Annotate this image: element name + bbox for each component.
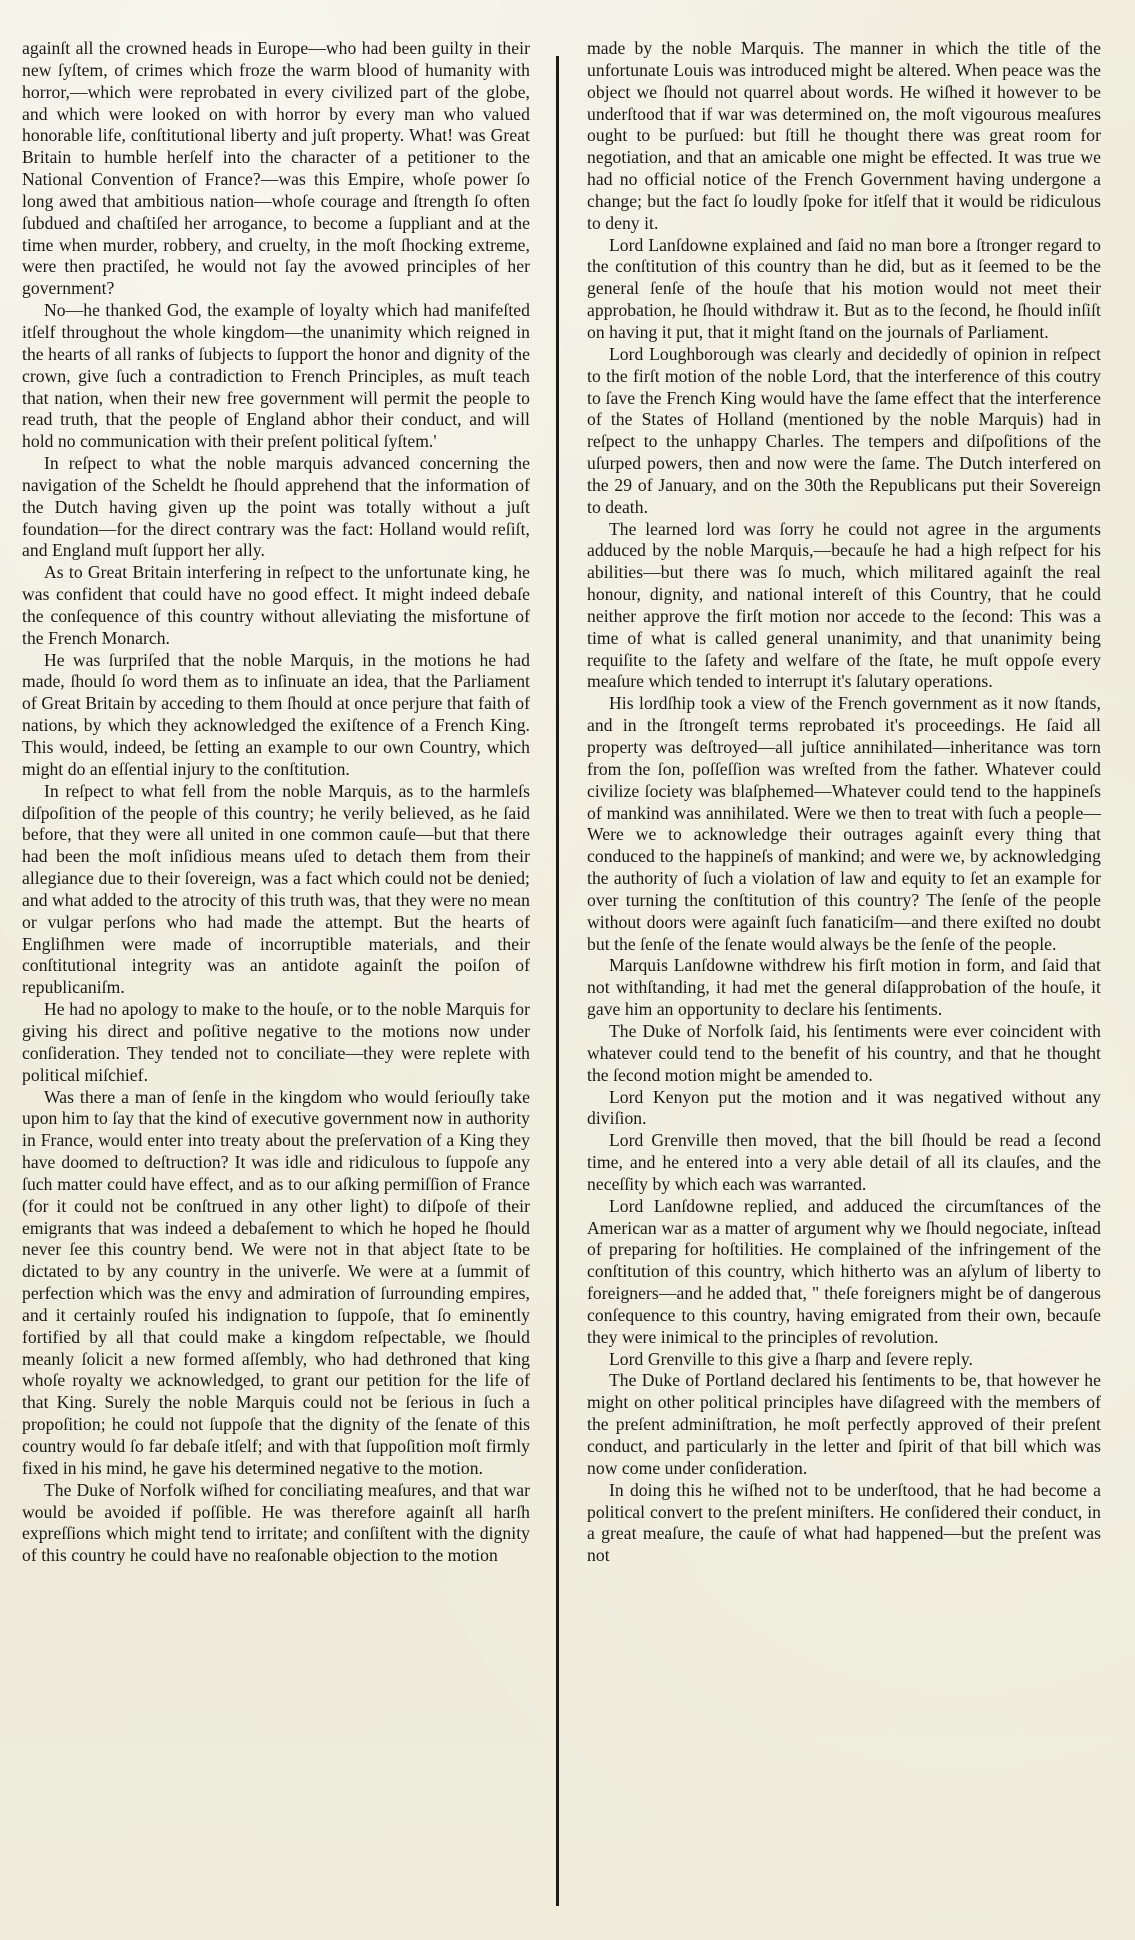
- left-column: againſt all the crowned heads in Europe—…: [22, 38, 530, 1567]
- paragraph: He had no apology to make to the houſe, …: [22, 999, 530, 1086]
- paragraph: In reſpect to what fell from the noble M…: [22, 781, 530, 999]
- paragraph: His lordſhip took a view of the French g…: [587, 693, 1101, 955]
- paragraph: Marquis Lanſdowne withdrew his firſt mot…: [587, 955, 1101, 1021]
- newspaper-page: againſt all the crowned heads in Europe—…: [0, 0, 1135, 1940]
- paragraph: In doing this he wiſhed not to be underſ…: [587, 1480, 1101, 1567]
- paragraph: againſt all the crowned heads in Europe—…: [22, 38, 530, 300]
- paragraph: As to Great Britain interfering in reſpe…: [22, 562, 530, 649]
- paragraph: The Duke of Norfolk wiſhed for conciliat…: [22, 1480, 530, 1567]
- column-divider-rule: [556, 56, 559, 1906]
- paragraph: In reſpect to what the noble marquis adv…: [22, 453, 530, 562]
- paragraph: The Duke of Norfolk ſaid, his ſentiments…: [587, 1021, 1101, 1087]
- paragraph: Lord Lanſdowne replied, and adduced the …: [587, 1196, 1101, 1349]
- paragraph: No—he thanked God, the example of loyalt…: [22, 300, 530, 453]
- paragraph: Lord Grenville to this give a ſharp and …: [587, 1349, 1101, 1371]
- paragraph: He was ſurpriſed that the noble Marquis,…: [22, 650, 530, 781]
- paragraph: Lord Kenyon put the motion and it was ne…: [587, 1087, 1101, 1131]
- paragraph: The Duke of Portland declared his ſentim…: [587, 1370, 1101, 1479]
- paragraph: Lord Loughborough was clearly and decide…: [587, 344, 1101, 519]
- right-column: made by the noble Marquis. The manner in…: [587, 38, 1101, 1567]
- paragraph: Was there a man of ſenſe in the kingdom …: [22, 1087, 530, 1480]
- paragraph: The learned lord was ſorry he could not …: [587, 519, 1101, 694]
- paragraph: made by the noble Marquis. The manner in…: [587, 38, 1101, 235]
- paragraph: Lord Grenville then moved, that the bill…: [587, 1130, 1101, 1196]
- paragraph: Lord Lanſdowne explained and ſaid no man…: [587, 235, 1101, 344]
